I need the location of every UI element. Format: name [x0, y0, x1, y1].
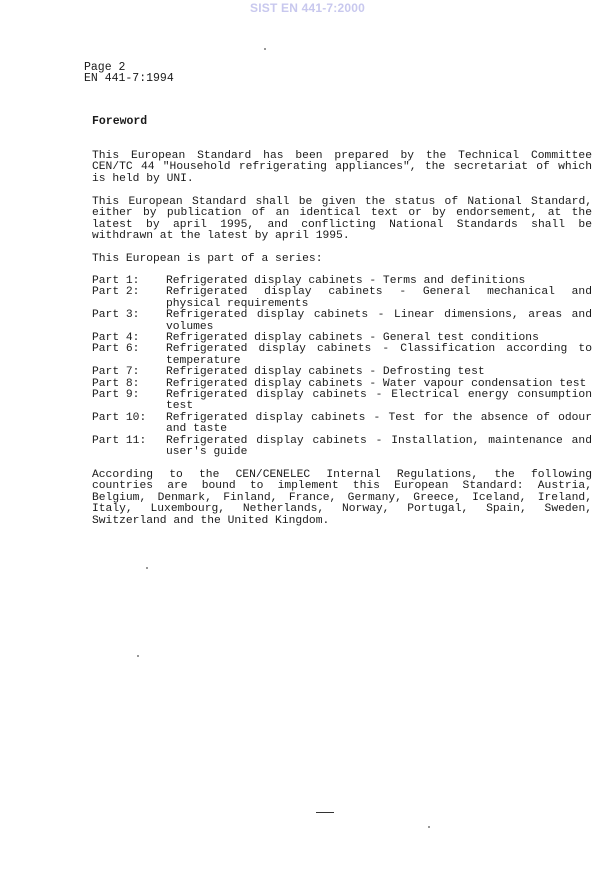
parts-list: Part 1:Refrigerated display cabinets - T… [92, 276, 592, 459]
list-item: Part 10:Refrigerated display cabinets - … [92, 413, 592, 436]
part-number: Part 10: [92, 413, 166, 436]
page-header: Page 2 EN 441-7:1994 [84, 62, 174, 84]
paragraph-countries: According to the CEN/CENELEC Internal Re… [92, 470, 592, 527]
list-item: Part 2:Refrigerated display cabinets - G… [92, 287, 592, 310]
list-item: Part 7:Refrigerated display cabinets - D… [92, 367, 592, 378]
paragraph-series-intro: This European is part of a series: [92, 254, 592, 265]
part-title: Refrigerated display cabinets - General … [166, 287, 592, 310]
part-number: Part 2: [92, 287, 166, 310]
part-title: Refrigerated display cabinets - Test for… [166, 413, 592, 436]
scan-speck [264, 48, 266, 50]
part-number: Part 3: [92, 310, 166, 333]
watermark: SIST EN 441-7:2000 [0, 1, 615, 15]
paragraph-preparation: This European Standard has been prepared… [92, 151, 592, 185]
paragraph-status: This European Standard shall be given th… [92, 197, 592, 243]
list-item: Part 3:Refrigerated display cabinets - L… [92, 310, 592, 333]
part-number: Part 9: [92, 390, 166, 413]
scan-speck [428, 826, 430, 828]
part-title: Refrigerated display cabinets - Defrosti… [166, 367, 592, 378]
part-title: Refrigerated display cabinets - Classifi… [166, 344, 592, 367]
part-number: Part 11: [92, 436, 166, 459]
scan-speck [146, 567, 148, 569]
scan-speck [137, 655, 139, 657]
list-item: Part 6:Refrigerated display cabinets - C… [92, 344, 592, 367]
list-item: Part 9:Refrigerated display cabinets - E… [92, 390, 592, 413]
part-title: Refrigerated display cabinets - Electric… [166, 390, 592, 413]
part-number: Part 6: [92, 344, 166, 367]
standard-id: EN 441-7:1994 [84, 73, 174, 84]
section-title: Foreword [92, 115, 147, 128]
part-title: Refrigerated display cabinets - Linear d… [166, 310, 592, 333]
list-item: Part 11:Refrigerated display cabinets - … [92, 436, 592, 459]
scan-mark [316, 812, 334, 813]
part-number: Part 7: [92, 367, 166, 378]
part-title: Refrigerated display cabinets - Installa… [166, 436, 592, 459]
